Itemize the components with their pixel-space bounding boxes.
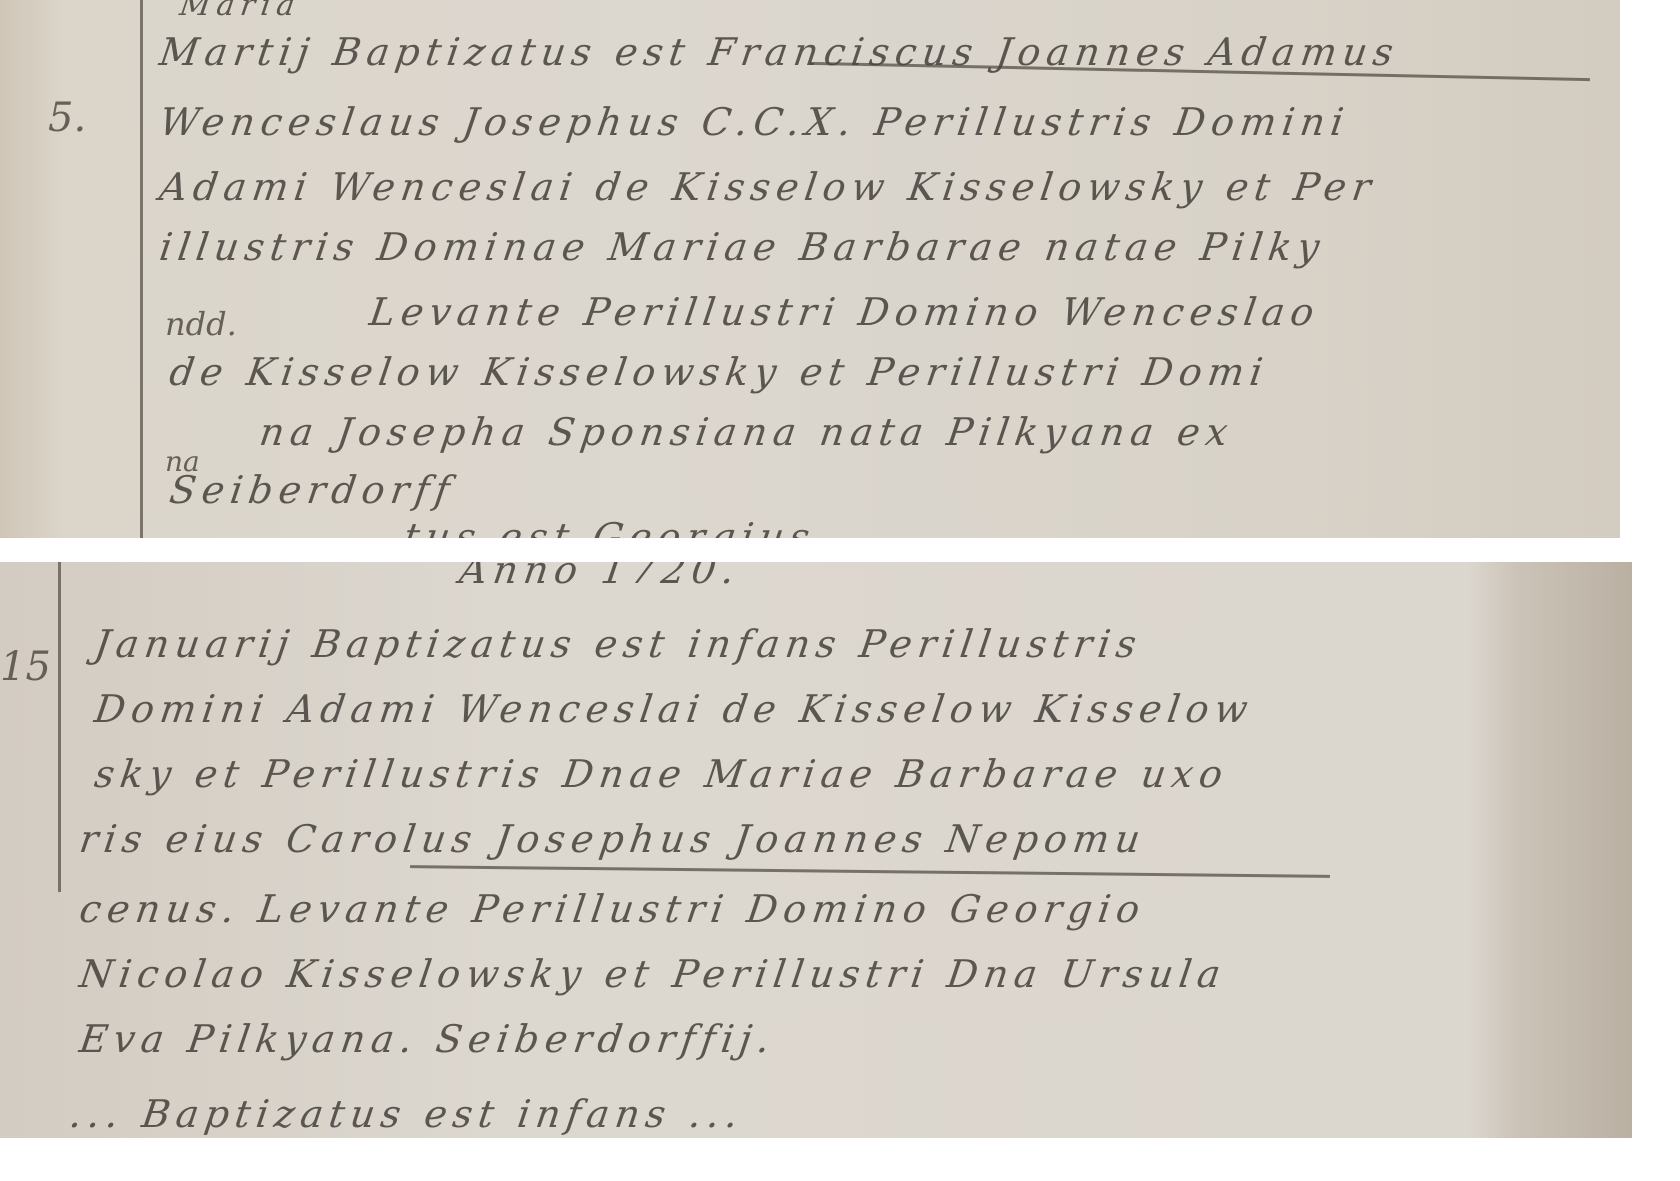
text-line: Martij Baptizatus est Franciscus Joannes… xyxy=(157,30,1402,74)
text-line: Nicolao Kisselowsky et Perillustri Dna U… xyxy=(77,952,1229,996)
text-line: na Josepha Sponsiana nata Pilkyana ex xyxy=(257,410,1237,454)
year-heading: Anno 1720. xyxy=(457,562,743,592)
register-page-bottom: Anno 1720. 15 Januarij Baptizatus est in… xyxy=(0,562,1632,1138)
text-line: Maria xyxy=(178,0,303,23)
text-line: sky et Perillustris Dnae Mariae Barbarae… xyxy=(92,752,1231,796)
text-line: Eva Pilkyana. Seiberdorffij. xyxy=(77,1017,779,1061)
text-line: cenus. Levante Perillustri Domino Georgi… xyxy=(77,887,1149,931)
margin-note: ndd. xyxy=(165,305,237,343)
text-line: Domini Adami Wenceslai de Kisselow Kisse… xyxy=(92,687,1256,731)
margin-rule xyxy=(58,562,61,892)
margin-rule xyxy=(140,0,143,538)
text-line: Seiberdorff xyxy=(167,468,458,512)
text-line: Wenceslaus Josephus C.C.X. Perillustris … xyxy=(157,100,1352,144)
text-line: Levante Perillustri Domino Wenceslao xyxy=(367,290,1323,334)
text-line: de Kisselow Kisselowsky et Perillustri D… xyxy=(167,350,1271,394)
text-line: ...tus est Georgius ... xyxy=(347,515,891,538)
text-line: Adami Wenceslai de Kisselow Kisselowsky … xyxy=(157,165,1380,209)
entry-day: 5. xyxy=(48,95,86,141)
entry-day: 15 xyxy=(0,644,51,690)
text-line: ... Baptizatus est infans ... xyxy=(67,1092,747,1136)
name-underline xyxy=(410,865,1330,878)
register-page-top: 5. Maria Martij Baptizatus est Franciscu… xyxy=(0,0,1620,538)
text-line: illustris Dominae Mariae Barbarae natae … xyxy=(157,225,1328,269)
text-line: ris eius Carolus Josephus Joannes Nepomu xyxy=(77,817,1149,861)
text-line: Januarij Baptizatus est infans Perillust… xyxy=(92,622,1145,666)
